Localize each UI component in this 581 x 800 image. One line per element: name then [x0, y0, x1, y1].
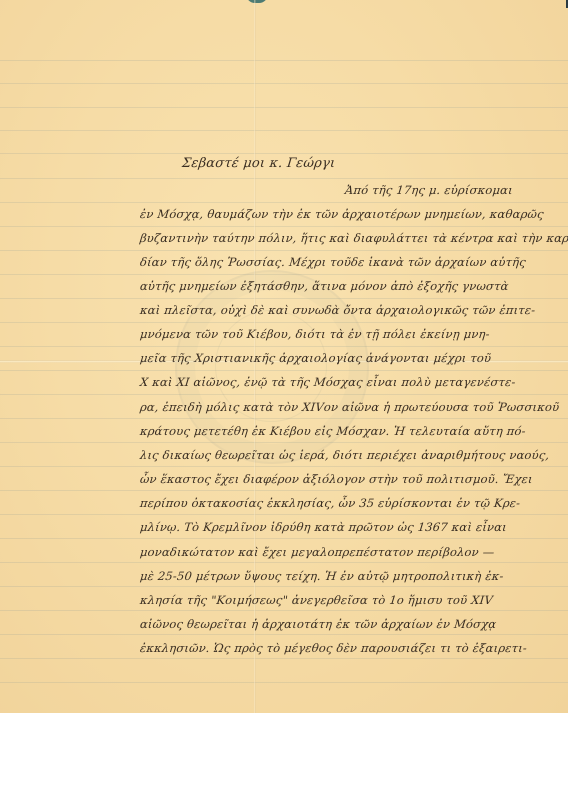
ruled-line [0, 153, 568, 154]
letter-line: ρα, ἐπειδὴ μόλις κατὰ τὸν XIVον αἰῶνα ἡ … [139, 400, 560, 414]
ruled-line [0, 634, 568, 635]
letter-line: ἐν Μόσχᾳ, θαυμάζων τὴν ἐκ τῶν ἀρχαιοτέρω… [139, 207, 560, 221]
ruled-line [0, 466, 568, 467]
letter-line: κλησία τῆς "Κοιμήσεως" ἀνεγερθεῖσα τὸ 1ο… [139, 593, 560, 607]
binding-mark [246, 0, 268, 3]
letter-line: ὧν ἕκαστος ἔχει διαφέρον ἀξιόλογον στὴν … [139, 472, 560, 486]
ruled-line [0, 226, 568, 227]
letter-line: Ἀπό τῆς 17ης μ. εὑρίσκομαι [344, 183, 513, 197]
ruled-line [0, 490, 568, 491]
letter-line: μλίνῳ. Τὸ Κρεμλῖνον ἱδρύθη κατὰ πρῶτον ὡ… [139, 520, 560, 534]
ruled-line [0, 610, 568, 611]
ruled-line [0, 562, 568, 563]
letter-line: αὐτῆς μνημείων ἐξητάσθην, ἅτινα μόνον ἀπ… [139, 279, 560, 293]
ruled-line [0, 250, 568, 251]
ruled-line [0, 538, 568, 539]
letter-line: μὲ 25-50 μέτρων ὕψους τείχη. Ἡ ἐν αὐτῷ μ… [139, 569, 560, 583]
ruled-line [0, 83, 568, 84]
letter-line: μνόμενα τῶν τοῦ Κιέβου, διότι τὰ ἐν τῇ π… [139, 327, 560, 341]
ruled-line [0, 202, 568, 203]
letter-line: αἰῶνος θεωρεῖται ἡ ἀρχαιοτάτη ἐκ τῶν ἀρχ… [139, 617, 560, 631]
letter-line: ἐκκλησιῶν. Ὡς πρὸς τὸ μέγεθος δὲν παρουσ… [139, 641, 560, 655]
salutation: Σεβαστέ μοι κ. Γεώργι [181, 156, 336, 171]
letter-line: μοναδικώτατον καὶ ἔχει μεγαλοπρεπέστατον… [139, 545, 560, 559]
letter-line: καὶ πλεῖστα, οὐχὶ δὲ καὶ συνωδὰ ὄντα ἀρχ… [139, 303, 560, 317]
ruled-line [0, 130, 568, 131]
ruled-line [0, 658, 568, 659]
letter-line: μεῖα τῆς Χριστιανικῆς ἀρχαιολογίας ἀνάγο… [139, 351, 560, 365]
ruled-line [0, 682, 568, 683]
letter-line: βυζαντινὴν ταύτην πόλιν, ἥτις καὶ διαφυλ… [139, 231, 560, 245]
letter-line: κράτους μετετέθη ἐκ Κιέβου εἰς Μόσχαν. Ἡ… [139, 424, 560, 438]
letter-page: Σεβαστέ μοι κ. Γεώργι Ἀπό τῆς 17ης μ. εὑ… [0, 0, 568, 713]
ruled-line [0, 178, 568, 179]
ruled-line [0, 514, 568, 515]
letter-line: περίπου ὀκτακοσίας ἐκκλησίας, ὧν 35 εὑρί… [139, 496, 560, 510]
letter-line: λις δικαίως θεωρεῖται ὡς ἱερά, διότι περ… [139, 448, 560, 462]
ruled-line [0, 60, 568, 61]
letter-line: δίαν τῆς ὅλης Ῥωσσίας. Μέχρι τοῦδε ἱκανὰ… [139, 255, 560, 269]
letter-line: Χ καὶ XI αἰῶνος, ἐνῷ τὰ τῆς Μόσχας εἶναι… [139, 375, 560, 389]
ruled-line [0, 107, 568, 108]
ruled-line [0, 586, 568, 587]
